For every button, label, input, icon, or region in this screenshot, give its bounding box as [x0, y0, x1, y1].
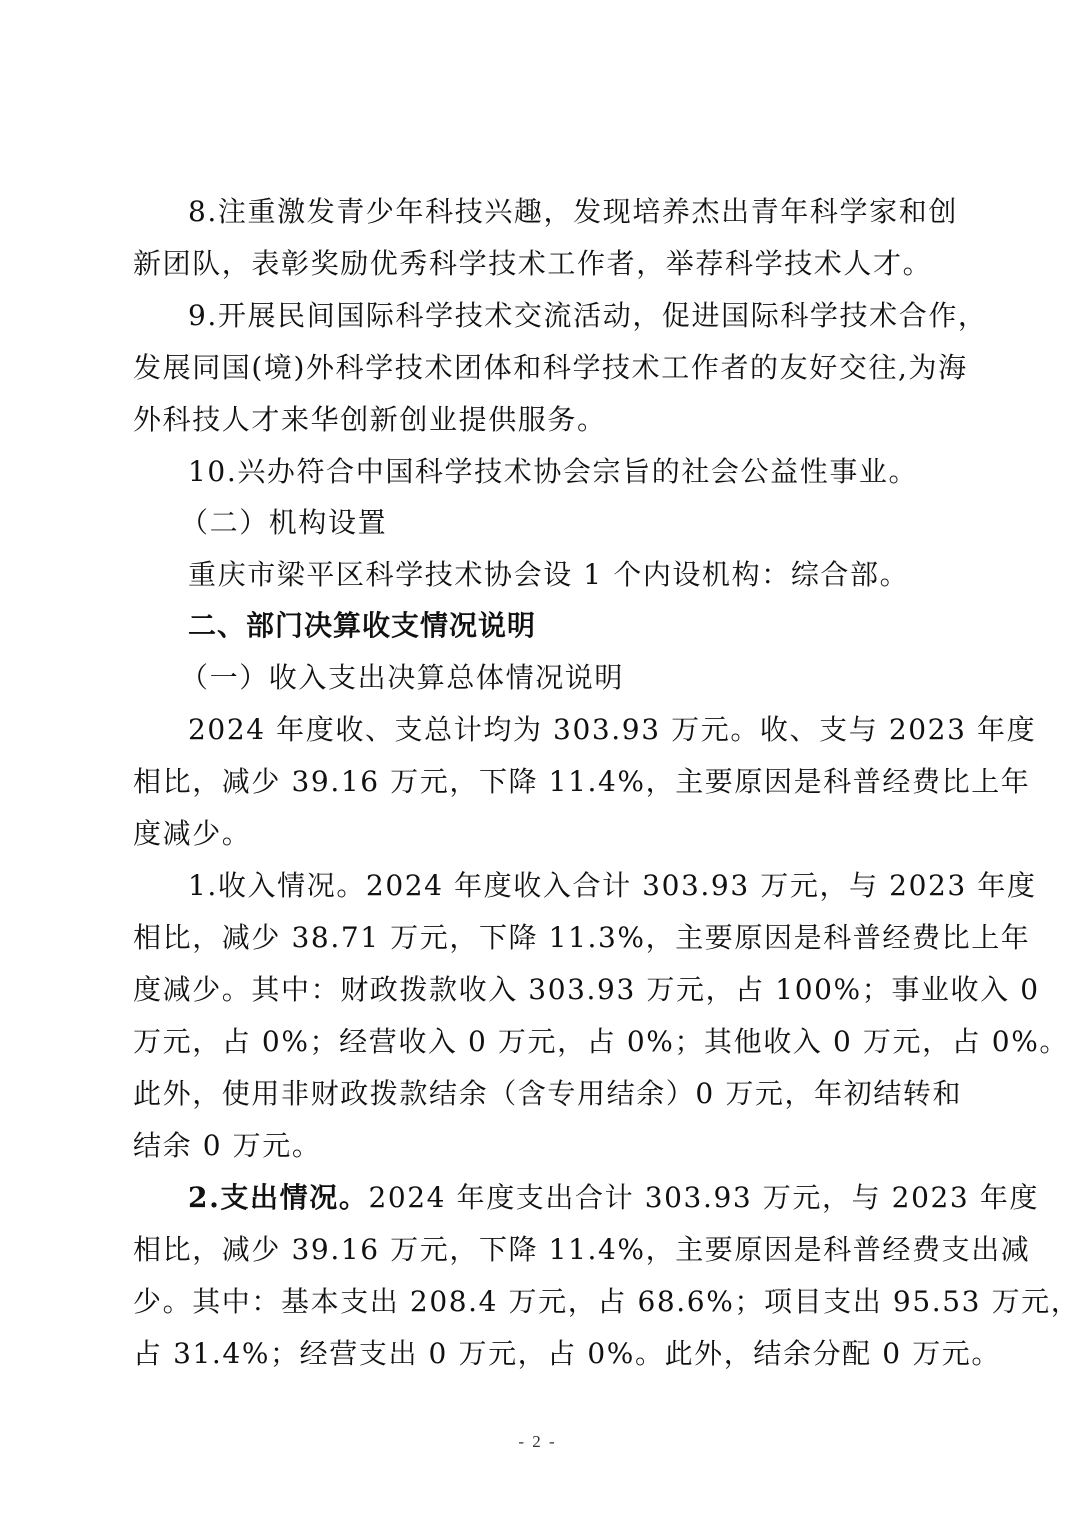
- income-line-1-text: 2024 年度收入合计 303.93 万元，与 2023 年度: [366, 868, 1037, 904]
- expenditure-lead: 2.支出情况。: [188, 1180, 368, 1216]
- expenditure-line-1-text: 2024 年度支出合计 303.93 万元，与 2023 年度: [368, 1180, 1039, 1216]
- expenditure-line-2: 相比，减少 39.16 万元，下降 11.4%，主要原因是科普经费支出减: [133, 1232, 945, 1268]
- income-line-2: 相比，减少 38.71 万元，下降 11.3%，主要原因是科普经费比上年: [133, 920, 945, 956]
- item-8-line-2: 新团队，表彰奖励优秀科学技术工作者，举荐科学技术人才。: [133, 246, 945, 282]
- overview-line-1: 2024 年度收、支总计均为 303.93 万元。收、支与 2023 年度: [188, 712, 945, 748]
- overview-line-3: 度减少。: [133, 816, 945, 852]
- section-two-heading: 二、部门决算收支情况说明: [188, 608, 945, 644]
- overview-line-2: 相比，减少 39.16 万元，下降 11.4%，主要原因是科普经费比上年: [133, 764, 945, 800]
- income-lead: 1.收入情况。: [188, 868, 366, 904]
- document-page: 8.注重激发青少年科技兴趣，发现培养杰出青年科学家和创 新团队，表彰奖励优秀科学…: [0, 0, 1075, 1520]
- income-line-6: 结余 0 万元。: [133, 1128, 945, 1164]
- income-line-1: 1.收入情况。2024 年度收入合计 303.93 万元，与 2023 年度: [188, 868, 945, 904]
- item-9-line-2: 发展同国(境)外科学技术团体和科学技术工作者的友好交往,为海: [133, 350, 945, 386]
- section-org-heading: （二）机构设置: [180, 505, 992, 541]
- page-number: - 2 -: [0, 1432, 1075, 1452]
- expenditure-line-4: 占 31.4%；经营支出 0 万元，占 0%。此外，结余分配 0 万元。: [133, 1336, 945, 1372]
- expenditure-line-3: 少。其中：基本支出 208.4 万元，占 68.6%；项目支出 95.53 万元…: [133, 1284, 945, 1320]
- section-two-subheading: （一）收入支出决算总体情况说明: [180, 660, 992, 696]
- item-9-line-1: 9.开展民间国际科学技术交流活动，促进国际科学技术合作，: [188, 298, 945, 334]
- item-8-line-1: 8.注重激发青少年科技兴趣，发现培养杰出青年科学家和创: [188, 194, 945, 230]
- item-10-line-1: 10.兴办符合中国科学技术协会宗旨的社会公益性事业。: [188, 454, 945, 490]
- income-line-5: 此外，使用非财政拨款结余（含专用结余）0 万元，年初结转和: [133, 1076, 945, 1112]
- income-line-3: 度减少。其中：财政拨款收入 303.93 万元，占 100%；事业收入 0: [133, 972, 945, 1008]
- income-line-4: 万元，占 0%；经营收入 0 万元，占 0%；其他收入 0 万元，占 0%。: [133, 1024, 945, 1060]
- section-org-text: 重庆市梁平区科学技术协会设 1 个内设机构：综合部。: [188, 557, 945, 593]
- item-9-line-3: 外科技人才来华创新创业提供服务。: [133, 402, 945, 438]
- expenditure-line-1: 2.支出情况。2024 年度支出合计 303.93 万元，与 2023 年度: [188, 1180, 945, 1216]
